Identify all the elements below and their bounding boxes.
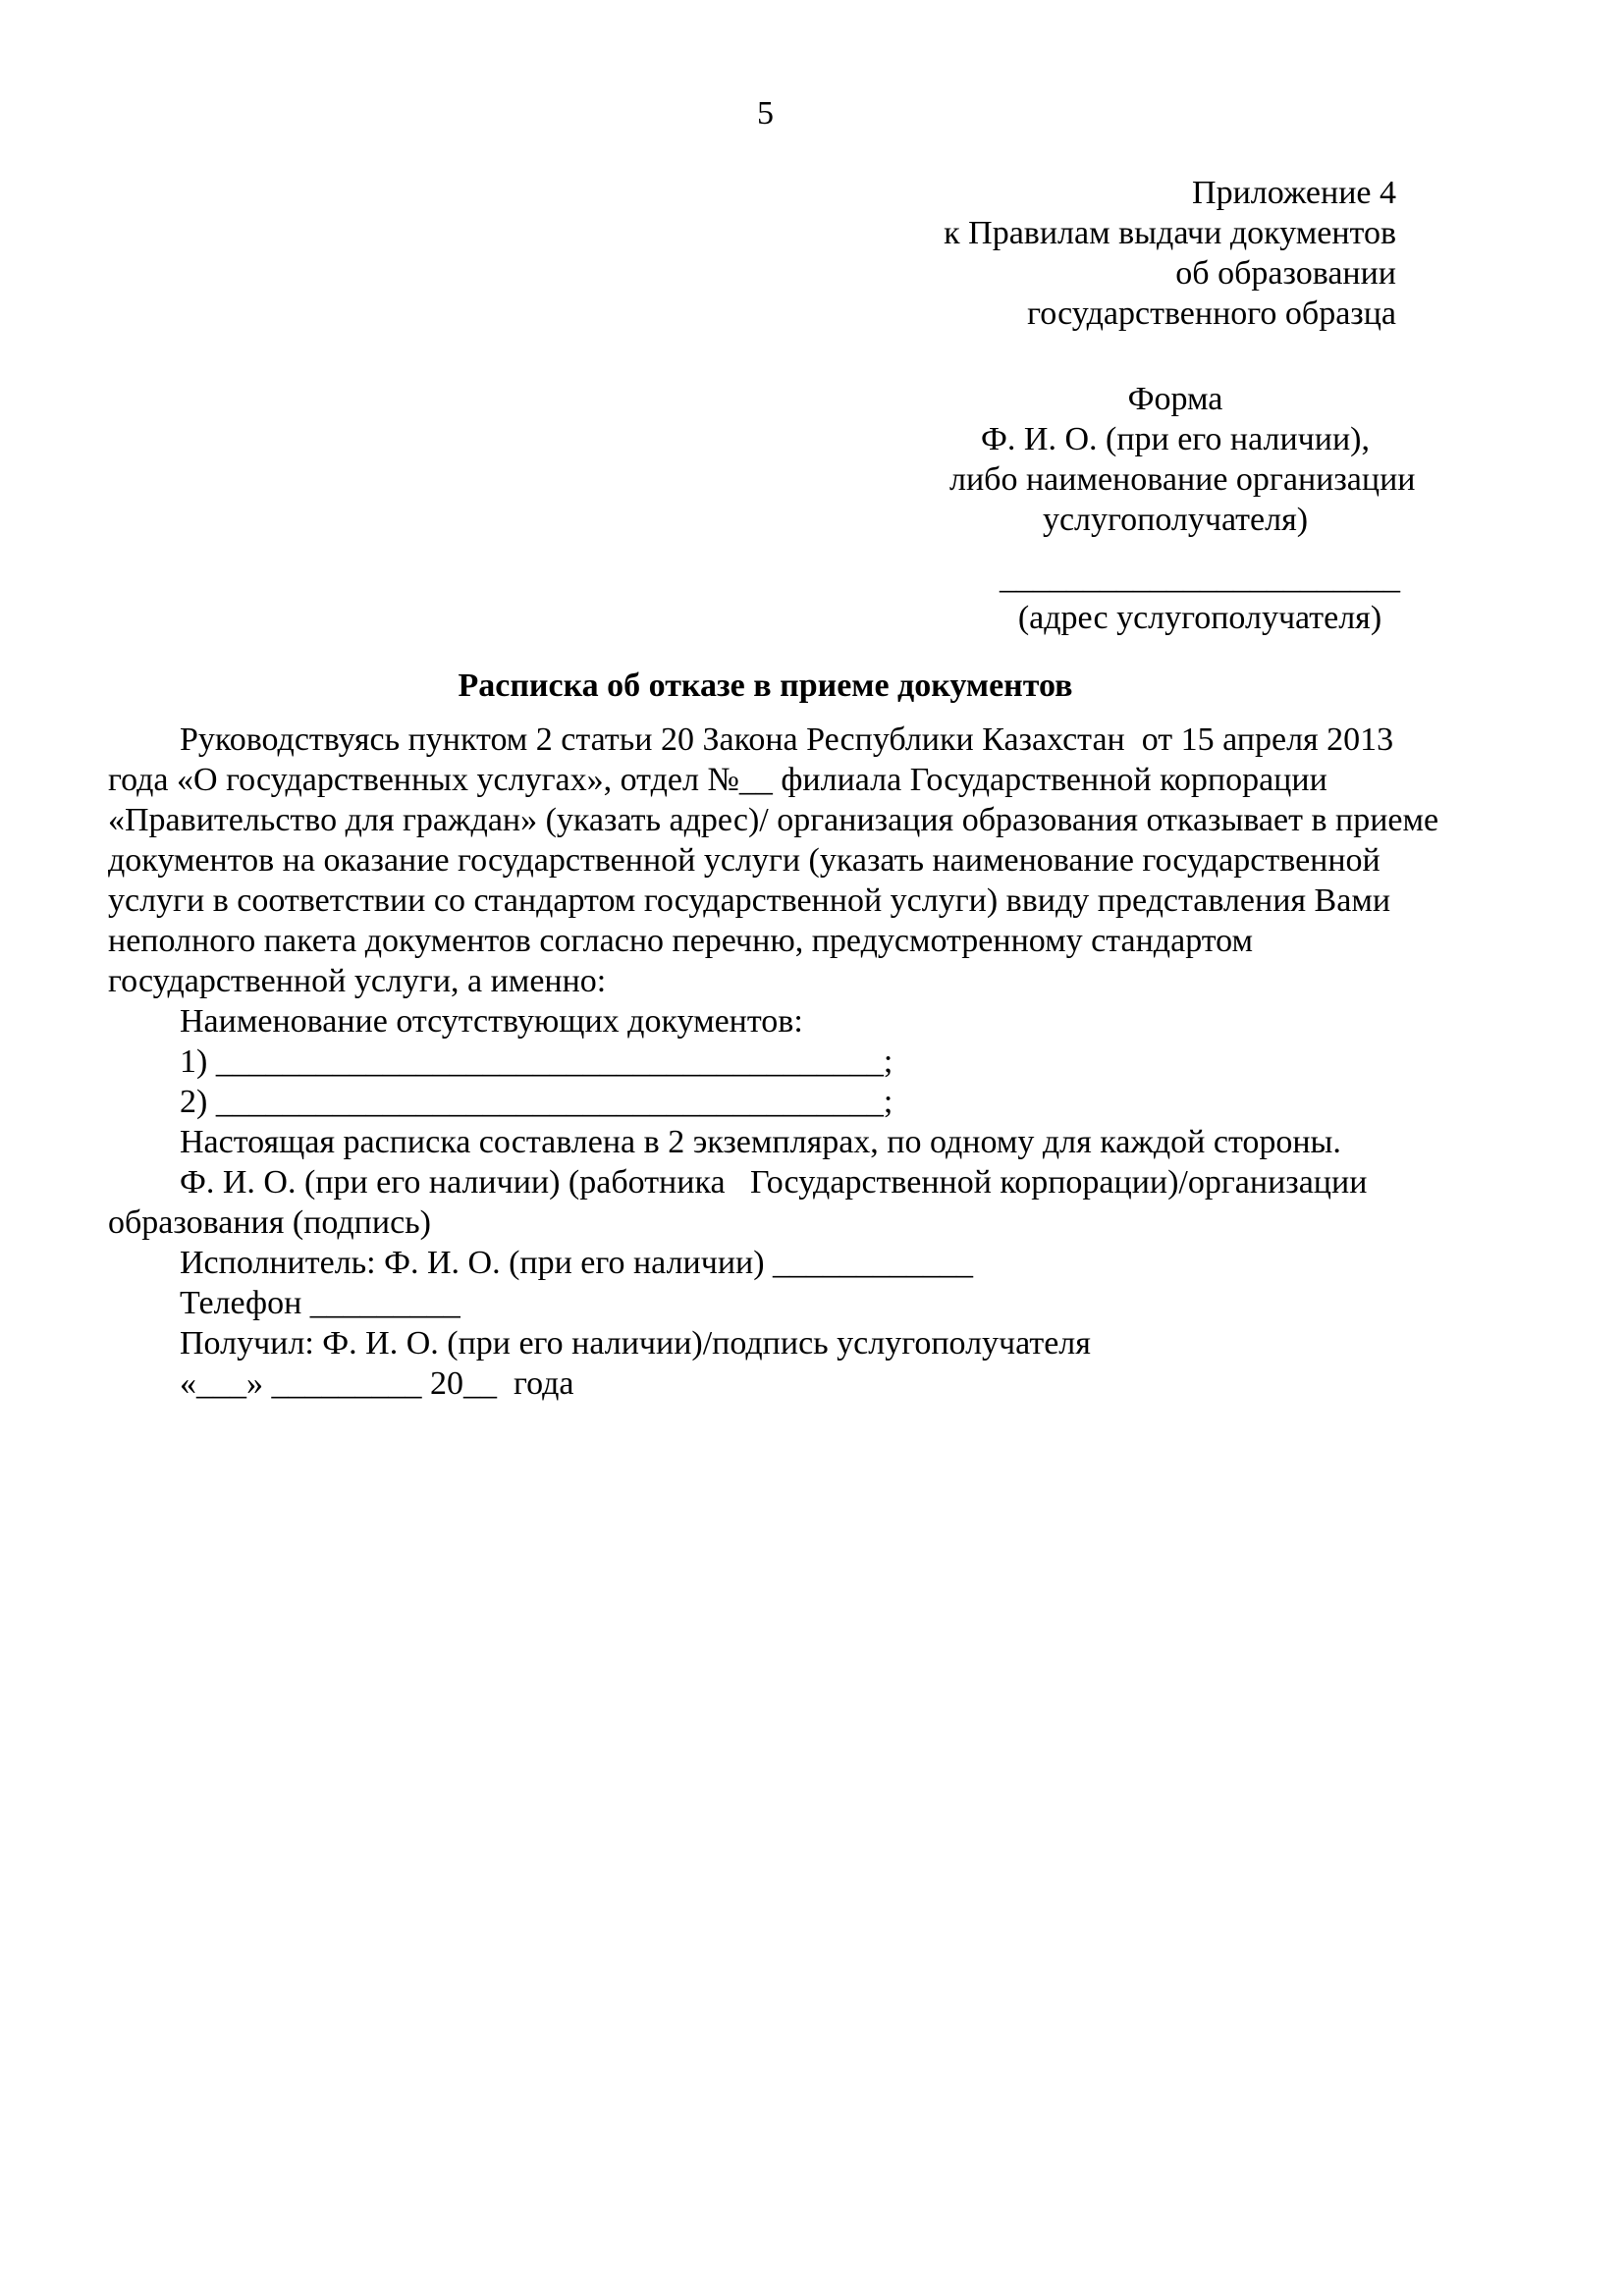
- received-line: Получил: Ф. И. О. (при его наличии)/подп…: [108, 1323, 1423, 1363]
- address-block: ________________________ (адрес услугопо…: [999, 558, 1401, 638]
- document-page: 5 Приложение 4 к Правилам выдачи докумен…: [0, 0, 1624, 2296]
- page-number: 5: [108, 93, 1423, 133]
- document-title: Расписка об отказе в приеме документов: [108, 666, 1423, 706]
- missing-doc-item: 2) _____________________________________…: [108, 1082, 1423, 1122]
- copies-note: Настоящая расписка составлена в 2 экземп…: [108, 1122, 1423, 1162]
- form-label-block: Форма Ф. И. О. (при его наличии), либо н…: [949, 379, 1401, 540]
- executor-line: Исполнитель: Ф. И. О. (при его наличии) …: [108, 1243, 1423, 1283]
- paragraph-line: услуги в соответствии со стандартом госу…: [108, 881, 1423, 921]
- annex-note: Приложение 4 к Правилам выдачи документо…: [108, 173, 1396, 334]
- form-label-line: либо наименование организации: [949, 459, 1401, 500]
- form-label-line: Ф. И. О. (при его наличии),: [949, 419, 1401, 459]
- signer-line: Ф. И. О. (при его наличии) (работника Го…: [108, 1162, 1423, 1202]
- signer-line-continued: образования (подпись): [108, 1202, 1423, 1243]
- date-line: «___» _________ 20__ года: [108, 1363, 1423, 1404]
- paragraph-line: неполного пакета документов согласно пер…: [108, 921, 1423, 961]
- paragraph-line: Руководствуясь пунктом 2 статьи 20 Закон…: [108, 720, 1423, 760]
- body-text: Руководствуясь пунктом 2 статьи 20 Закон…: [108, 720, 1423, 1404]
- paragraph-line: «Правительство для граждан» (указать адр…: [108, 800, 1423, 840]
- paragraph-line: года «О государственных услугах», отдел …: [108, 760, 1423, 800]
- annex-line: Приложение 4: [108, 173, 1396, 213]
- phone-line: Телефон _________: [108, 1283, 1423, 1323]
- annex-line: об образовании: [108, 253, 1396, 294]
- address-caption: (адрес услугополучателя): [999, 598, 1401, 638]
- annex-line: к Правилам выдачи документов: [108, 213, 1396, 253]
- paragraph-line: документов на оказание государственной у…: [108, 840, 1423, 881]
- paragraph-line: государственной услуги, а именно:: [108, 961, 1423, 1001]
- missing-doc-item: 1) _____________________________________…: [108, 1041, 1423, 1082]
- form-label-line: Форма: [949, 379, 1401, 419]
- missing-docs-heading: Наименование отсутствующих документов:: [108, 1001, 1423, 1041]
- annex-line: государственного образца: [108, 294, 1396, 334]
- address-blank-line: ________________________: [999, 558, 1401, 598]
- document-content: 5 Приложение 4 к Правилам выдачи докумен…: [0, 0, 1624, 1404]
- form-label-line: услугополучателя): [949, 500, 1401, 540]
